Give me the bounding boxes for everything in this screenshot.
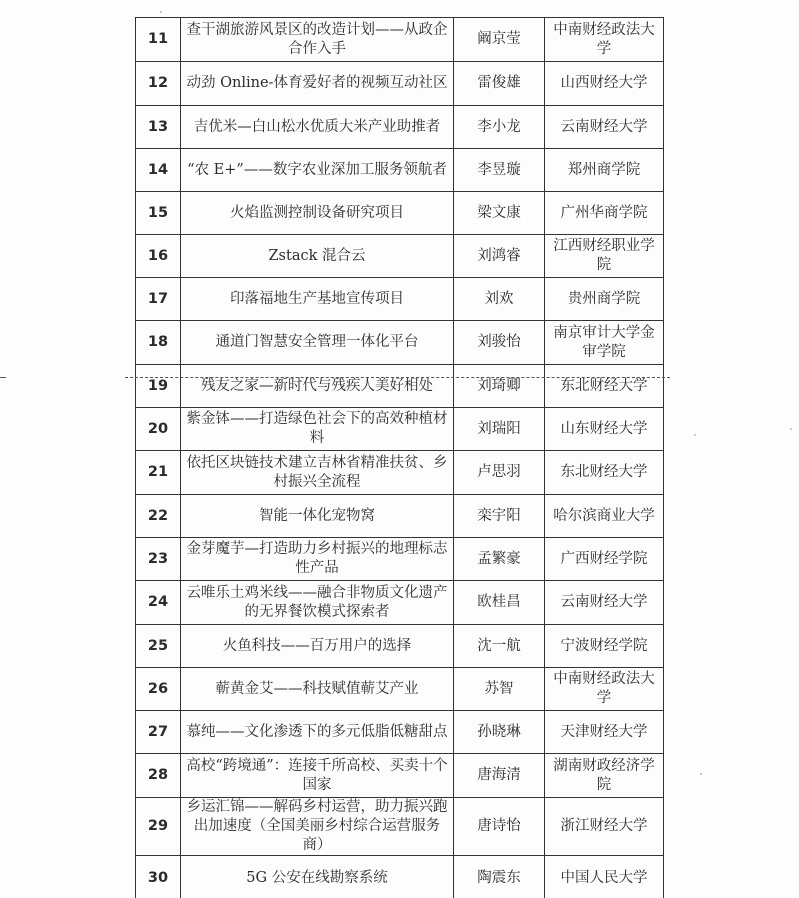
scan-speck [700, 773, 702, 775]
school-name: 湖南财政经济学院 [545, 754, 664, 798]
row-number: 19 [136, 365, 181, 408]
table-row: 11查干湖旅游风景区的改造计划——从政企合作入手阚京莹中南财经政法大学 [136, 18, 664, 62]
row-number: 20 [136, 408, 181, 451]
table-row: 12动劲 Online-体育爱好者的视频互动社区雷俊雄山西财经大学 [136, 62, 664, 106]
project-title: “农 E+”——数字农业深加工服务领航者 [181, 149, 454, 192]
table-row: 15火焰监测控制设备研究项目梁文康广州华商学院 [136, 192, 664, 235]
project-title: Zstack 混合云 [181, 235, 454, 278]
row-number: 24 [136, 581, 181, 625]
table-row: 23金芽魔芋—打造助力乡村振兴的地理标志性产品孟繁豪广西财经学院 [136, 538, 664, 581]
school-name: 江西财经职业学院 [545, 235, 664, 278]
row-number: 30 [136, 856, 181, 898]
project-title: 吉优米—白山松水优质大米产业助推者 [181, 106, 454, 149]
row-number: 14 [136, 149, 181, 192]
leader-name: 刘欢 [454, 278, 545, 321]
school-name: 天津财经大学 [545, 711, 664, 754]
row-number: 21 [136, 451, 181, 495]
leader-name: 李昱璇 [454, 149, 545, 192]
school-name: 云南财经大学 [545, 106, 664, 149]
project-title: 依托区块链技术建立吉林省精准扶贫、乡村振兴全流程 [181, 451, 454, 495]
row-number: 16 [136, 235, 181, 278]
leader-name: 栾宇阳 [454, 495, 545, 538]
table-row: 17印落福地生产基地宣传项目刘欢贵州商学院 [136, 278, 664, 321]
leader-name: 梁文康 [454, 192, 545, 235]
fold-mark-left [0, 377, 6, 378]
table-row: 16Zstack 混合云刘鸿睿江西财经职业学院 [136, 235, 664, 278]
row-number: 25 [136, 625, 181, 668]
leader-name: 唐海清 [454, 754, 545, 798]
project-title: 残友之家—新时代与残疾人美好相处 [181, 365, 454, 408]
scan-speck [694, 434, 696, 436]
project-title: 印落福地生产基地宣传项目 [181, 278, 454, 321]
school-name: 贵州商学院 [545, 278, 664, 321]
project-title: 蕲黄金艾——科技赋值蕲艾产业 [181, 668, 454, 711]
row-number: 17 [136, 278, 181, 321]
scanned-page: 11查干湖旅游风景区的改造计划——从政企合作入手阚京莹中南财经政法大学12动劲 … [0, 0, 799, 898]
school-name: 哈尔滨商业大学 [545, 495, 664, 538]
table-row: 26蕲黄金艾——科技赋值蕲艾产业苏智中南财经政法大学 [136, 668, 664, 711]
row-number: 18 [136, 321, 181, 365]
leader-name: 刘琦卿 [454, 365, 545, 408]
table-row: 13吉优米—白山松水优质大米产业助推者李小龙云南财经大学 [136, 106, 664, 149]
leader-name: 苏智 [454, 668, 545, 711]
row-number: 27 [136, 711, 181, 754]
leader-name: 孙晓琳 [454, 711, 545, 754]
school-name: 山西财经大学 [545, 62, 664, 106]
table-row: 22智能一体化宠物窝栾宇阳哈尔滨商业大学 [136, 495, 664, 538]
school-name: 郑州商学院 [545, 149, 664, 192]
award-table: 11查干湖旅游风景区的改造计划——从政企合作入手阚京莹中南财经政法大学12动劲 … [135, 17, 664, 898]
leader-name: 雷俊雄 [454, 62, 545, 106]
table-row: 25火鱼科技——百万用户的选择沈一航宁波财经学院 [136, 625, 664, 668]
table-row: 24云唯乐土鸡米线——融合非物质文化遗产的无界餐饮模式探索者欧桂昌云南财经大学 [136, 581, 664, 625]
page-fold-dashed-line [125, 377, 670, 378]
project-title: 查干湖旅游风景区的改造计划——从政企合作入手 [181, 18, 454, 62]
row-number: 29 [136, 798, 181, 856]
leader-name: 卢思羽 [454, 451, 545, 495]
project-title: 高校“跨境通”：连接千所高校、买卖十个国家 [181, 754, 454, 798]
school-name: 广州华商学院 [545, 192, 664, 235]
row-number: 15 [136, 192, 181, 235]
school-name: 广西财经学院 [545, 538, 664, 581]
school-name: 中南财经政法大学 [545, 668, 664, 711]
table-row: 14“农 E+”——数字农业深加工服务领航者李昱璇郑州商学院 [136, 149, 664, 192]
leader-name: 欧桂昌 [454, 581, 545, 625]
row-number: 26 [136, 668, 181, 711]
project-title: 紫金钵——打造绿色社会下的高效种植材料 [181, 408, 454, 451]
leader-name: 刘骏怡 [454, 321, 545, 365]
table-row: 20紫金钵——打造绿色社会下的高效种植材料刘瑞阳山东财经大学 [136, 408, 664, 451]
project-title: 乡运汇锦——解码乡村运营，助力振兴跑出加速度（全国美丽乡村综合运营服务商） [181, 798, 454, 856]
leader-name: 刘瑞阳 [454, 408, 545, 451]
row-number: 22 [136, 495, 181, 538]
table-row: 27慕纯——文化渗透下的多元低脂低糖甜点孙晓琳天津财经大学 [136, 711, 664, 754]
project-title: 智能一体化宠物窝 [181, 495, 454, 538]
leader-name: 唐诗怡 [454, 798, 545, 856]
project-title: 动劲 Online-体育爱好者的视频互动社区 [181, 62, 454, 106]
scan-speck [790, 428, 792, 430]
row-number: 13 [136, 106, 181, 149]
school-name: 浙江财经大学 [545, 798, 664, 856]
table-body: 11查干湖旅游风景区的改造计划——从政企合作入手阚京莹中南财经政法大学12动劲 … [136, 18, 664, 898]
leader-name: 阚京莹 [454, 18, 545, 62]
table-row: 18通道门智慧安全管理一体化平台刘骏怡南京审计大学金审学院 [136, 321, 664, 365]
table-row: 21依托区块链技术建立吉林省精准扶贫、乡村振兴全流程卢思羽东北财经大学 [136, 451, 664, 495]
school-name: 宁波财经学院 [545, 625, 664, 668]
project-title: 5G 公安在线勘察系统 [181, 856, 454, 898]
leader-name: 陶震东 [454, 856, 545, 898]
table-row: 28高校“跨境通”：连接千所高校、买卖十个国家唐海清湖南财政经济学院 [136, 754, 664, 798]
row-number: 11 [136, 18, 181, 62]
row-number: 23 [136, 538, 181, 581]
school-name: 中南财经政法大学 [545, 18, 664, 62]
school-name: 中国人民大学 [545, 856, 664, 898]
leader-name: 孟繁豪 [454, 538, 545, 581]
row-number: 12 [136, 62, 181, 106]
school-name: 东北财经大学 [545, 451, 664, 495]
table-row: 19残友之家—新时代与残疾人美好相处刘琦卿东北财经大学 [136, 365, 664, 408]
project-title: 金芽魔芋—打造助力乡村振兴的地理标志性产品 [181, 538, 454, 581]
leader-name: 李小龙 [454, 106, 545, 149]
school-name: 云南财经大学 [545, 581, 664, 625]
project-title: 云唯乐土鸡米线——融合非物质文化遗产的无界餐饮模式探索者 [181, 581, 454, 625]
project-title: 火焰监测控制设备研究项目 [181, 192, 454, 235]
table-row: 305G 公安在线勘察系统陶震东中国人民大学 [136, 856, 664, 898]
project-title: 通道门智慧安全管理一体化平台 [181, 321, 454, 365]
scan-speck [160, 11, 162, 13]
school-name: 山东财经大学 [545, 408, 664, 451]
school-name: 南京审计大学金审学院 [545, 321, 664, 365]
school-name: 东北财经大学 [545, 365, 664, 408]
leader-name: 刘鸿睿 [454, 235, 545, 278]
leader-name: 沈一航 [454, 625, 545, 668]
project-title: 火鱼科技——百万用户的选择 [181, 625, 454, 668]
table-row: 29乡运汇锦——解码乡村运营，助力振兴跑出加速度（全国美丽乡村综合运营服务商）唐… [136, 798, 664, 856]
row-number: 28 [136, 754, 181, 798]
project-title: 慕纯——文化渗透下的多元低脂低糖甜点 [181, 711, 454, 754]
